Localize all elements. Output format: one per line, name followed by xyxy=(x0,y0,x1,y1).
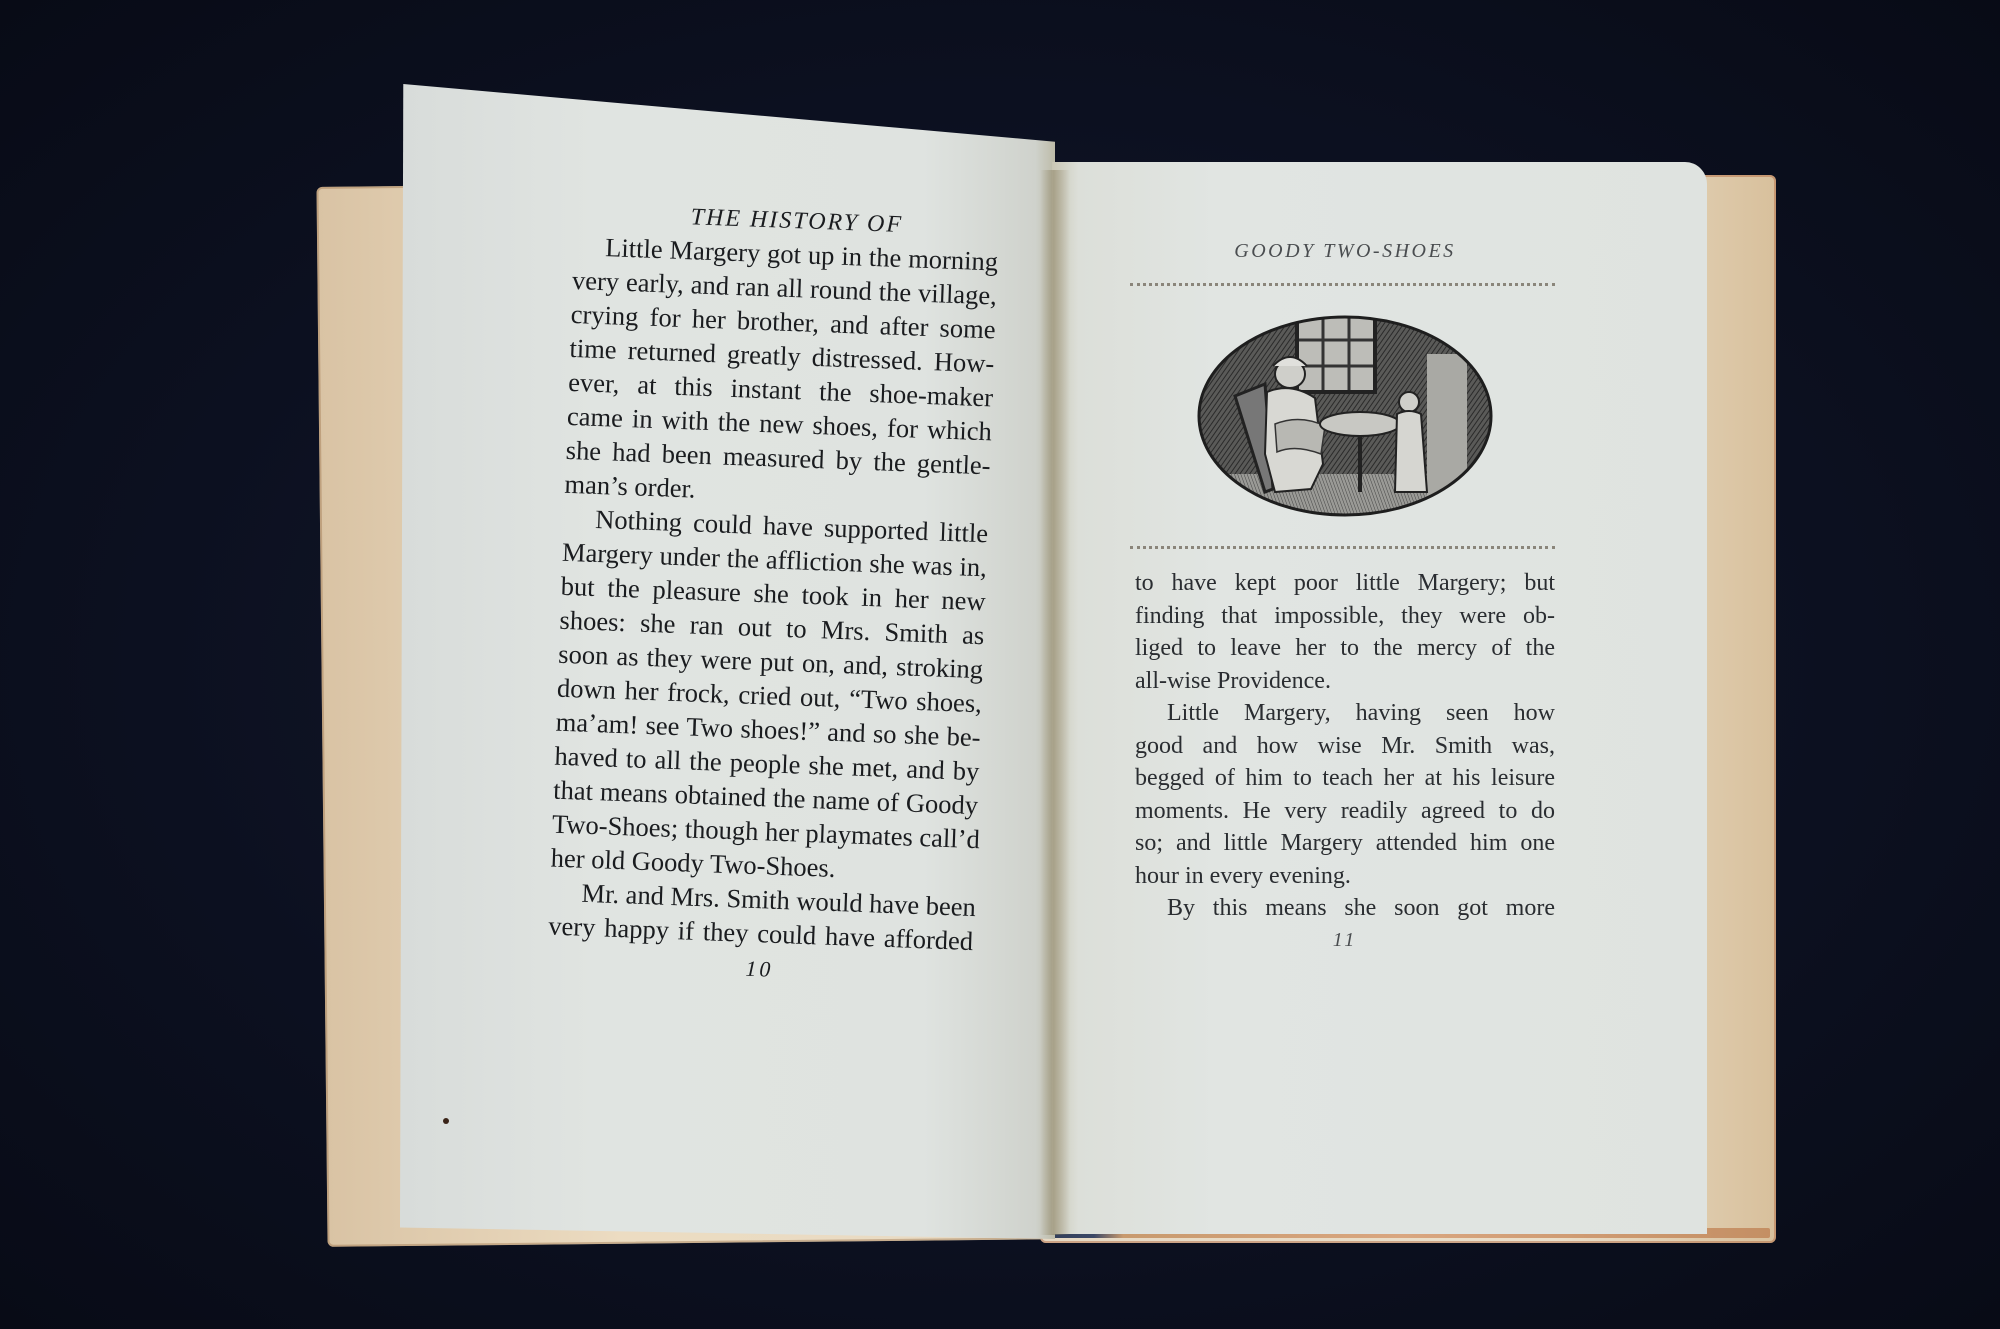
right-page-content: GOODY TWO-SHOES xyxy=(1135,240,1555,952)
paragraph: to have kept poor little Margery; but fi… xyxy=(1135,567,1555,697)
page-number-right: 11 xyxy=(1135,929,1555,952)
paragraph: By this means she soon got more xyxy=(1135,892,1555,925)
paper-blemish xyxy=(443,1118,449,1124)
illustration-frame xyxy=(1135,286,1555,546)
text-line: begged of him to teach her at his leisur… xyxy=(1135,762,1555,795)
text-line: so; and little Margery attended him one xyxy=(1135,827,1555,860)
paragraph: Little Margery, having seen how good and… xyxy=(1135,697,1555,892)
woodcut-illustration xyxy=(1195,314,1495,519)
dotted-rule-bottom xyxy=(1130,546,1555,549)
text-line: good and how wise Mr. Smith was, xyxy=(1135,730,1555,763)
paragraph: Nothing could have supported little Marg… xyxy=(550,501,988,890)
paragraph: Little Margery got up in the morning ver… xyxy=(564,229,999,516)
photo-scene: THE HISTORY OF Little Margery got up in … xyxy=(0,0,2000,1329)
text-line: liged to leave her to the mercy of the xyxy=(1135,632,1555,665)
left-page-content: THE HISTORY OF Little Margery got up in … xyxy=(547,200,1000,990)
text-line: By this means she soon got more xyxy=(1135,892,1555,925)
text-line: finding that impossible, they were ob- xyxy=(1135,600,1555,633)
text-line: all-wise Providence. xyxy=(1135,665,1555,698)
text-line: hour in every evening. xyxy=(1135,860,1555,893)
text-line: to have kept poor little Margery; but xyxy=(1135,567,1555,600)
text-line: moments. He very readily agreed to do xyxy=(1135,795,1555,828)
running-head-right: GOODY TWO-SHOES xyxy=(1135,240,1555,263)
text-line: Little Margery, having seen how xyxy=(1135,697,1555,730)
paragraph: Mr. and Mrs. Smith would have been very … xyxy=(548,875,975,959)
